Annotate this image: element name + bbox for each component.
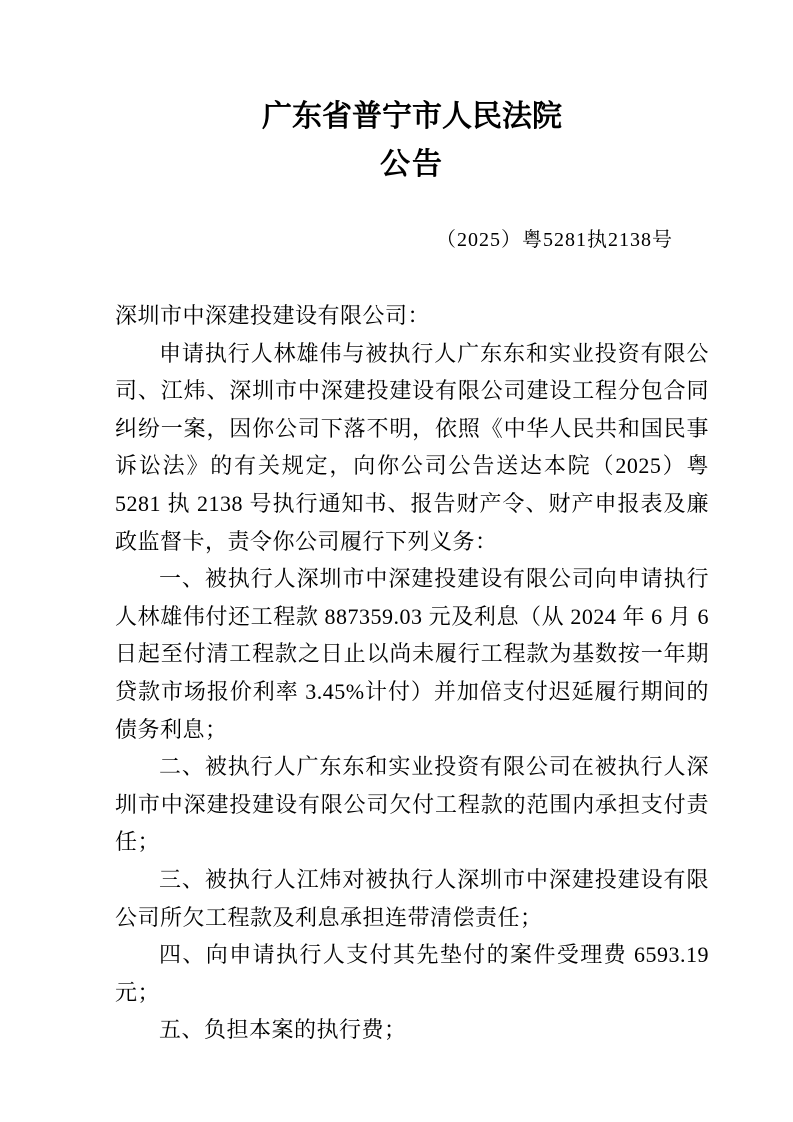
case-number: （2025）粤5281执2138号: [115, 225, 709, 255]
court-announcement-page: 广东省普宁市人民法院 公告 （2025）粤5281执2138号 深圳市中深建投建…: [0, 0, 793, 1122]
recipient-line: 深圳市中深建投建设有限公司：: [115, 297, 709, 335]
obligation-item-5: 五、负担本案的执行费；: [115, 1011, 709, 1049]
document-content: 广东省普宁市人民法院 公告 （2025）粤5281执2138号 深圳市中深建投建…: [115, 0, 709, 1049]
obligation-item-2: 二、被执行人广东东和实业投资有限公司在被执行人深圳市中深建投建设有限公司欠付工程…: [115, 748, 709, 861]
obligation-item-4: 四、向申请执行人支付其先垫付的案件受理费 6593.19 元；: [115, 936, 709, 1011]
document-body: 深圳市中深建投建设有限公司： 申请执行人林雄伟与被执行人广东东和实业投资有限公司…: [115, 297, 709, 1049]
obligation-item-3: 三、被执行人江炜对被执行人深圳市中深建投建设有限公司所欠工程款及利息承担连带清偿…: [115, 861, 709, 936]
court-name: 广东省普宁市人民法院: [115, 0, 709, 141]
obligation-item-1: 一、被执行人深圳市中深建投建设有限公司向申请执行人林雄伟付还工程款 887359…: [115, 560, 709, 748]
paragraph-intro: 申请执行人林雄伟与被执行人广东东和实业投资有限公司、江炜、深圳市中深建投建设有限…: [115, 335, 709, 561]
document-title: 公告: [115, 141, 709, 189]
